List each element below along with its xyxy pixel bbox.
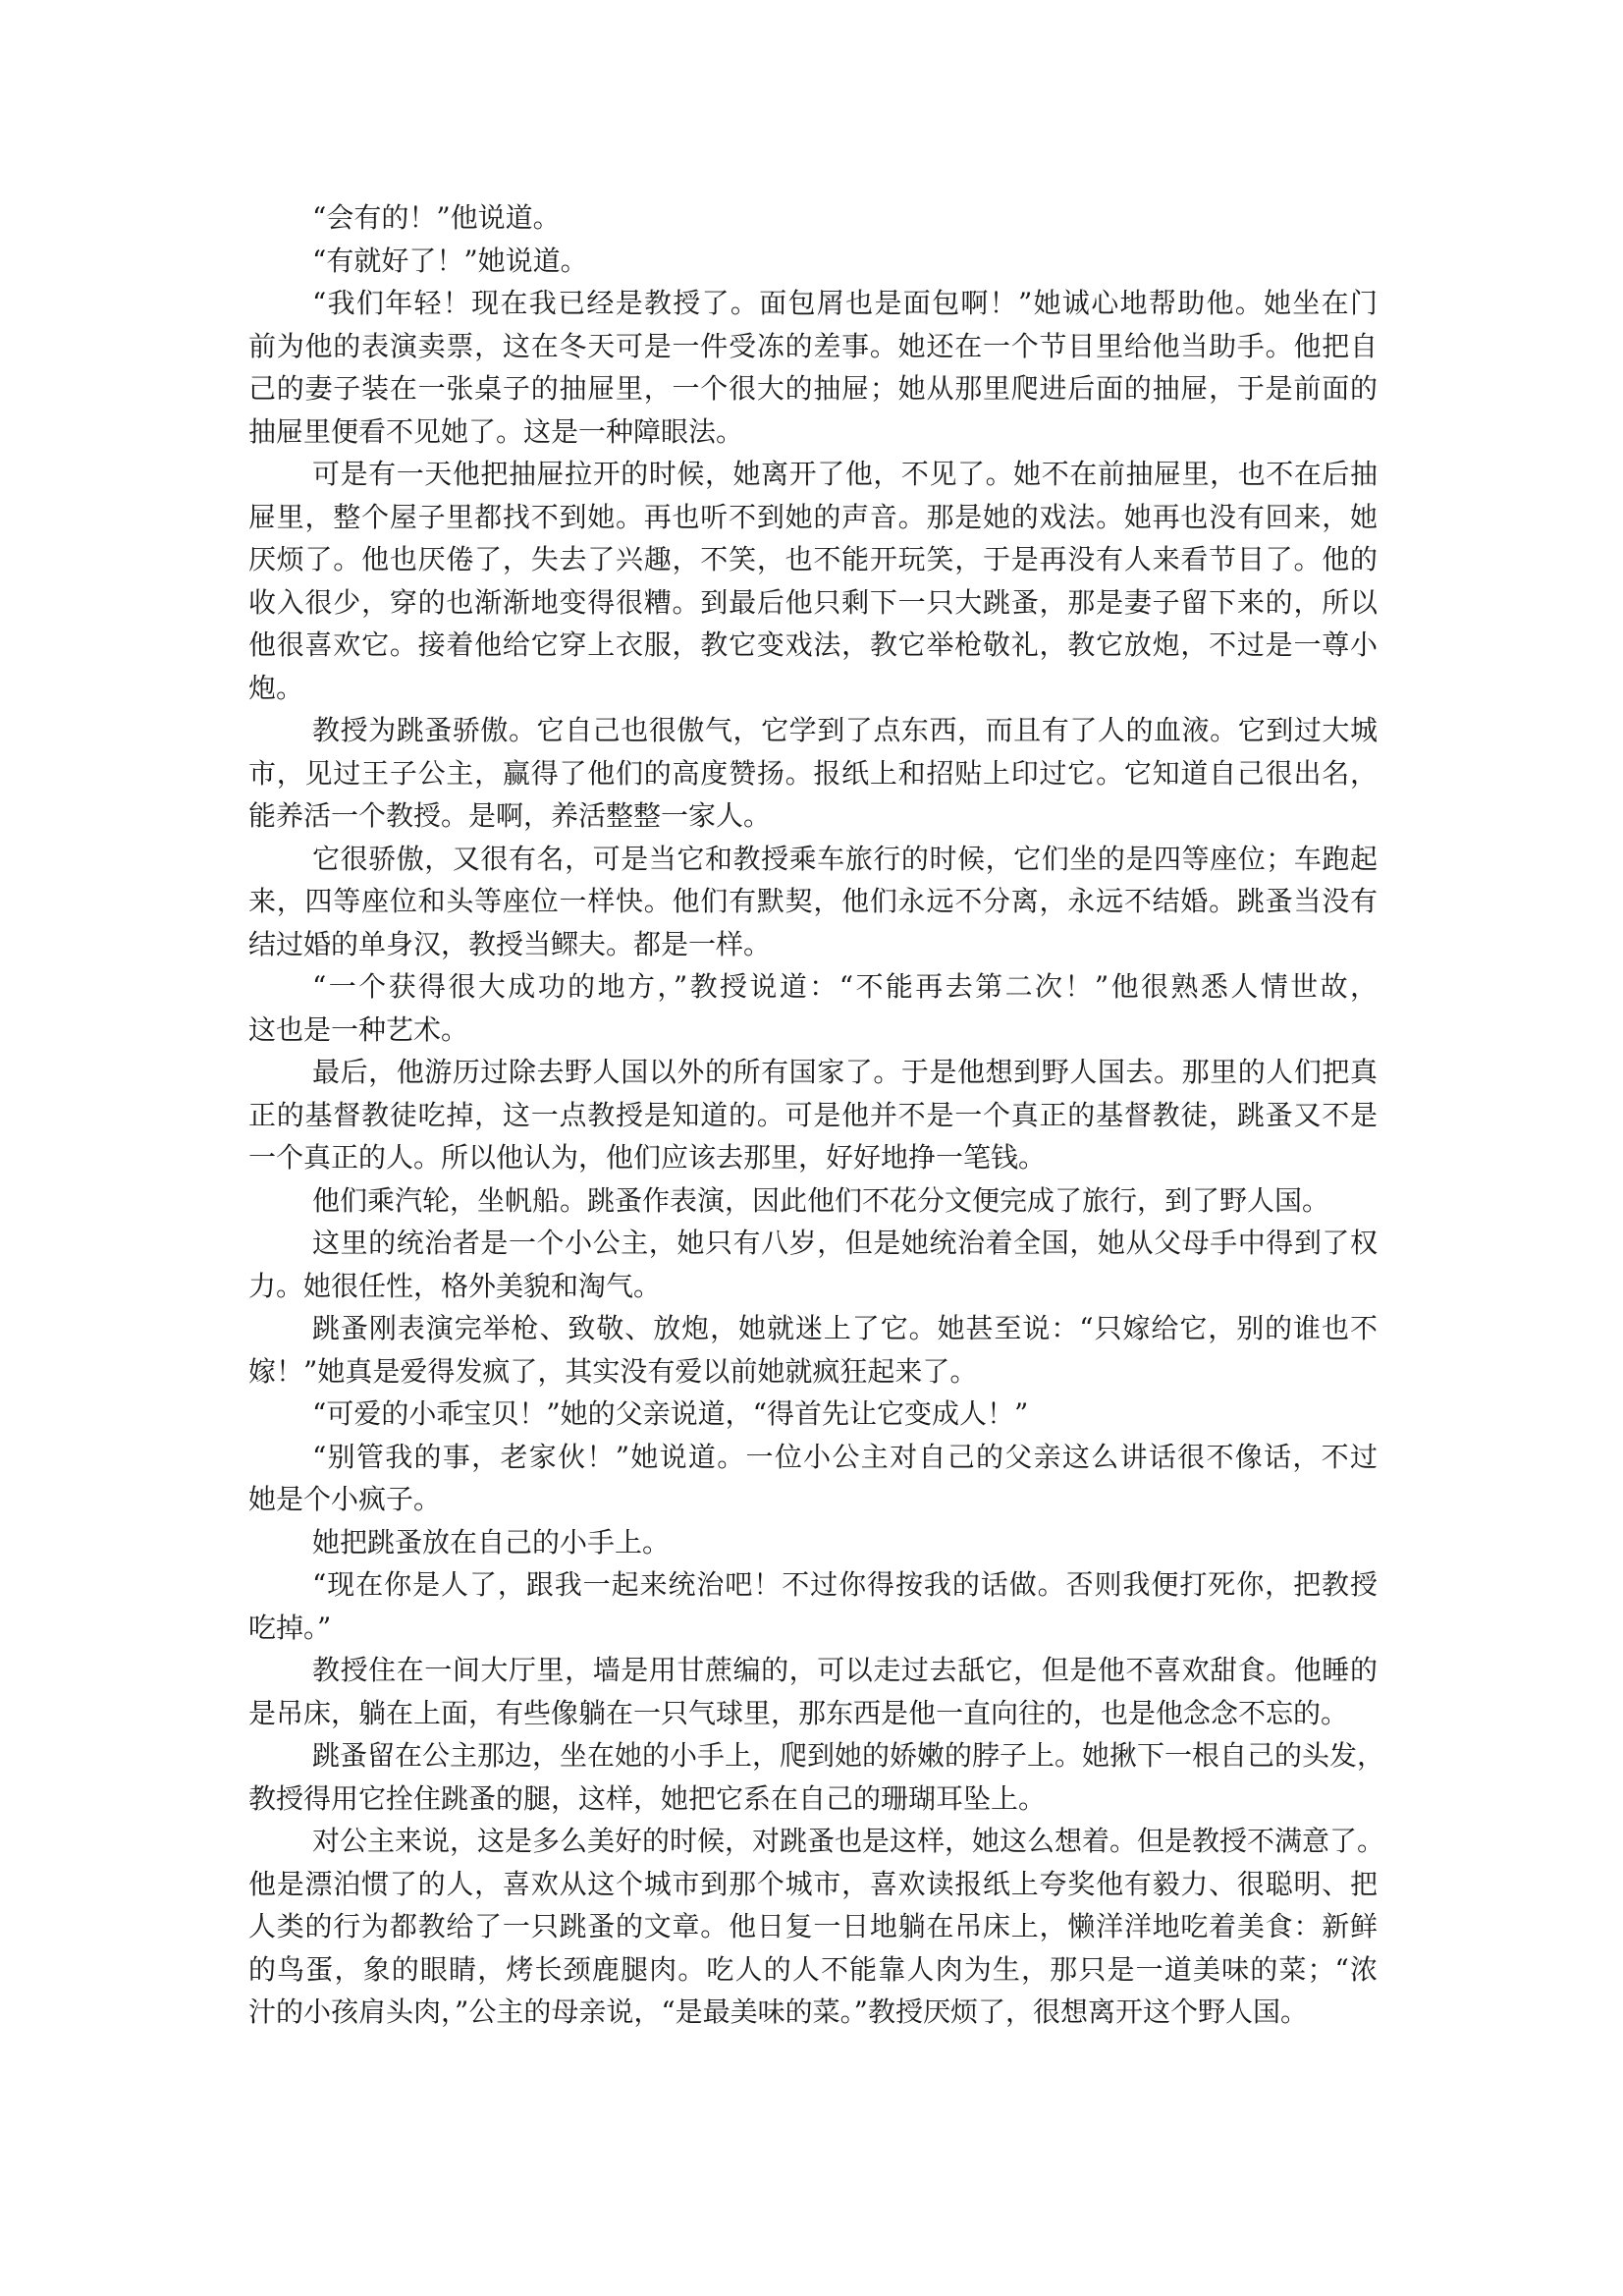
text-line: 是吊床，躺在上面，有些像躺在一只气球里，那东西是他一直向往的，也是他念念不忘的。 [248,1692,1378,1735]
text-line: 炮。 [248,667,1378,710]
paragraph: 跳蚤留在公主那边，坐在她的小手上，爬到她的娇嫩的脖子上。她揪下一根自己的头发，教… [248,1734,1378,1820]
paragraph: “一个获得很大成功的地方，”教授说道：“不能再去第二次！”他很熟悉人情世故，这也… [248,965,1378,1051]
text-line: “别管我的事，老家伙！”她说道。一位小公主对自己的父亲这么讲话很不像话，不过 [248,1436,1378,1479]
text-line: 力。她很任性，格外美貌和淘气。 [248,1265,1378,1308]
paragraph: 她把跳蚤放在自己的小手上。 [248,1521,1378,1564]
paragraph: “现在你是人了，跟我一起来统治吧！不过你得按我的话做。否则我便打死你，把教授吃掉… [248,1563,1378,1649]
text-line: 它很骄傲，又很有名，可是当它和教授乘车旅行的时候，它们坐的是四等座位；车跑起 [248,838,1378,881]
text-line: 正的基督教徒吃掉，这一点教授是知道的。可是他并不是一个真正的基督教徒，跳蚤又不是 [248,1094,1378,1137]
text-line: “有就好了！”她说道。 [248,240,1378,283]
text-line: “一个获得很大成功的地方，”教授说道：“不能再去第二次！”他很熟悉人情世故， [248,965,1378,1009]
text-line: “现在你是人了，跟我一起来统治吧！不过你得按我的话做。否则我便打死你，把教授 [248,1563,1378,1607]
text-line: 抽屉里便看不见她了。这是一种障眼法。 [248,410,1378,454]
text-line: 教授得用它拴住跳蚤的腿，这样，她把它系在自己的珊瑚耳坠上。 [248,1777,1378,1821]
paragraph: 教授住在一间大厅里，墙是用甘蔗编的，可以走过去舐它，但是他不喜欢甜食。他睡的是吊… [248,1649,1378,1734]
text-line: 厌烦了。他也厌倦了，失去了兴趣，不笑，也不能开玩笑，于是再没有人来看节目了。他的 [248,538,1378,581]
text-line: 可是有一天他把抽屉拉开的时候，她离开了他，不见了。她不在前抽屉里，也不在后抽 [248,453,1378,496]
text-line: 吃掉。” [248,1607,1378,1650]
text-line: 市，见过王子公主，赢得了他们的高度赞扬。报纸上和招贴上印过它。它知道自己很出名， [248,752,1378,795]
text-line: 这里的统治者是一个小公主，她只有八岁，但是她统治着全国，她从父母手中得到了权 [248,1222,1378,1265]
text-line: 人类的行为都教给了一只跳蚤的文章。他日复一日地躺在吊床上，懒洋洋地吃着美食：新鲜 [248,1905,1378,1948]
text-line: 教授住在一间大厅里，墙是用甘蔗编的，可以走过去舐它，但是他不喜欢甜食。他睡的 [248,1649,1378,1692]
text-line: 嫁！”她真是爱得发疯了，其实没有爱以前她就疯狂起来了。 [248,1350,1378,1394]
paragraph: 对公主来说，这是多么美好的时候，对跳蚤也是这样，她这么想着。但是教授不满意了。他… [248,1820,1378,2034]
text-line: 他们乘汽轮，坐帆船。跳蚤作表演，因此他们不花分文便完成了旅行，到了野人国。 [248,1179,1378,1223]
text-line: 前为他的表演卖票，这在冬天可是一件受冻的差事。她还在一个节目里给他当助手。他把自 [248,325,1378,368]
document-page: “会有的！”他说道。“有就好了！”她说道。“我们年轻！现在我已经是教授了。面包屑… [248,196,1378,2034]
text-line: 教授为跳蚤骄傲。它自己也很傲气，它学到了点东西，而且有了人的血液。它到过大城 [248,709,1378,752]
text-line: 结过婚的单身汉，教授当鳏夫。都是一样。 [248,923,1378,966]
text-line: 屉里，整个屋子里都找不到她。再也听不到她的声音。那是她的戏法。她再也没有回来，她 [248,496,1378,539]
text-line: “会有的！”他说道。 [248,196,1378,240]
text-line: 能养活一个教授。是啊，养活整整一家人。 [248,794,1378,838]
text-line: 汁的小孩肩头肉，”公主的母亲说，“是最美味的菜。”教授厌烦了，很想离开这个野人国… [248,1991,1378,2034]
paragraph: 可是有一天他把抽屉拉开的时候，她离开了他，不见了。她不在前抽屉里，也不在后抽屉里… [248,453,1378,709]
text-line: “可爱的小乖宝贝！”她的父亲说道，“得首先让它变成人！” [248,1393,1378,1436]
paragraph: 它很骄傲，又很有名，可是当它和教授乘车旅行的时候，它们坐的是四等座位；车跑起来，… [248,838,1378,966]
text-line: 的鸟蛋，象的眼睛，烤长颈鹿腿肉。吃人的人不能靠人肉为生，那只是一道美味的菜；“浓 [248,1948,1378,1992]
paragraph: 教授为跳蚤骄傲。它自己也很傲气，它学到了点东西，而且有了人的血液。它到过大城市，… [248,709,1378,838]
text-line: 他很喜欢它。接着他给它穿上衣服，教它变戏法，教它举枪敬礼，教它放炮，不过是一尊小 [248,624,1378,667]
paragraph: “我们年轻！现在我已经是教授了。面包屑也是面包啊！”她诚心地帮助他。她坐在门前为… [248,282,1378,453]
text-line: 她把跳蚤放在自己的小手上。 [248,1521,1378,1564]
text-line: “我们年轻！现在我已经是教授了。面包屑也是面包啊！”她诚心地帮助他。她坐在门 [248,282,1378,325]
paragraph: 最后，他游历过除去野人国以外的所有国家了。于是他想到野人国去。那里的人们把真正的… [248,1051,1378,1179]
text-line: 他是漂泊惯了的人，喜欢从这个城市到那个城市，喜欢读报纸上夸奖他有毅力、很聪明、把 [248,1863,1378,1906]
paragraph: 他们乘汽轮，坐帆船。跳蚤作表演，因此他们不花分文便完成了旅行，到了野人国。 [248,1179,1378,1223]
text-line: 这也是一种艺术。 [248,1009,1378,1052]
text-line: 跳蚤刚表演完举枪、致敬、放炮，她就迷上了它。她甚至说：“只嫁给它，别的谁也不 [248,1307,1378,1350]
paragraph: “可爱的小乖宝贝！”她的父亲说道，“得首先让它变成人！” [248,1393,1378,1436]
paragraph: “有就好了！”她说道。 [248,240,1378,283]
text-line: 来，四等座位和头等座位一样快。他们有默契，他们永远不分离，永远不结婚。跳蚤当没有 [248,880,1378,923]
text-line: 最后，他游历过除去野人国以外的所有国家了。于是他想到野人国去。那里的人们把真 [248,1051,1378,1094]
text-line: 对公主来说，这是多么美好的时候，对跳蚤也是这样，她这么想着。但是教授不满意了。 [248,1820,1378,1863]
text-line: 一个真正的人。所以他认为，他们应该去那里，好好地挣一笔钱。 [248,1136,1378,1179]
text-line: 跳蚤留在公主那边，坐在她的小手上，爬到她的娇嫩的脖子上。她揪下一根自己的头发， [248,1734,1378,1777]
text-line: 己的妻子装在一张桌子的抽屉里，一个很大的抽屉；她从那里爬进后面的抽屉，于是前面的 [248,367,1378,410]
text-line: 收入很少，穿的也渐渐地变得很糟。到最后他只剩下一只大跳蚤，那是妻子留下来的，所以 [248,581,1378,625]
paragraph: 这里的统治者是一个小公主，她只有八岁，但是她统治着全国，她从父母手中得到了权力。… [248,1222,1378,1307]
text-line: 她是个小疯子。 [248,1478,1378,1521]
paragraph: 跳蚤刚表演完举枪、致敬、放炮，她就迷上了它。她甚至说：“只嫁给它，别的谁也不嫁！… [248,1307,1378,1393]
paragraph: “会有的！”他说道。 [248,196,1378,240]
paragraph: “别管我的事，老家伙！”她说道。一位小公主对自己的父亲这么讲话很不像话，不过她是… [248,1436,1378,1521]
